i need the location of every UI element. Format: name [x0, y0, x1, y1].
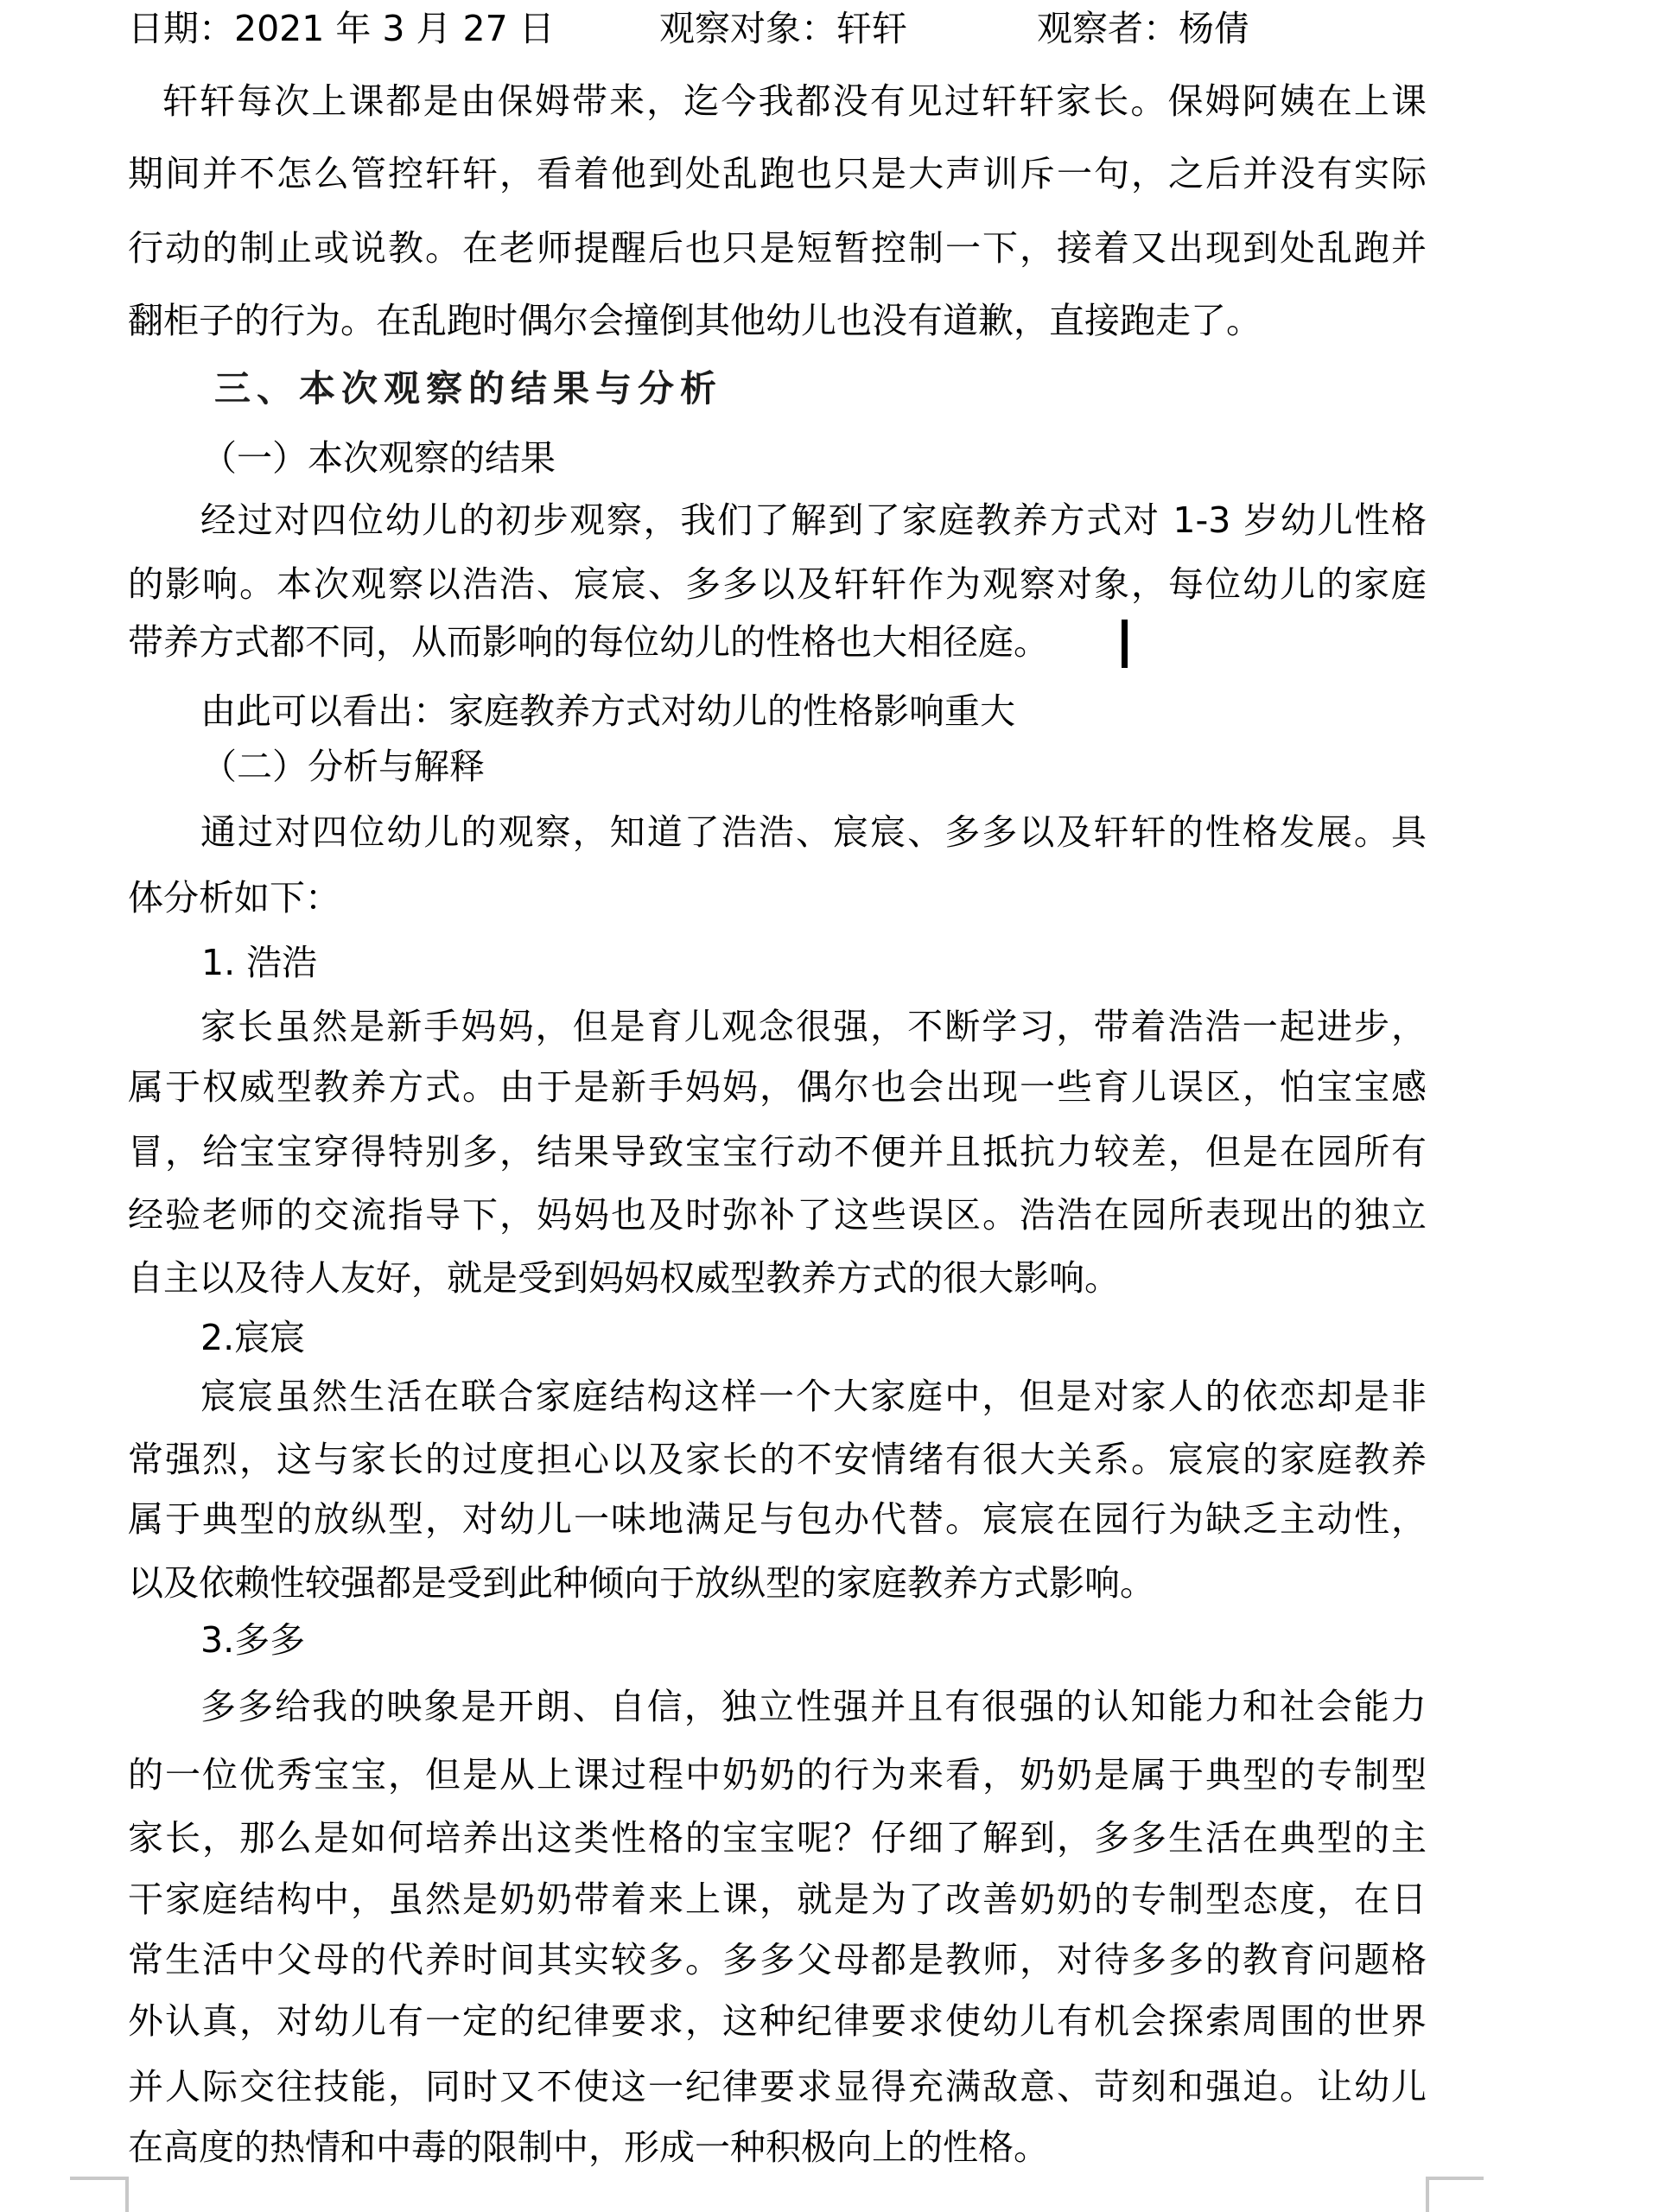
paragraph-line: 的影响。本次观察以浩浩、宸宸、多多以及轩轩作为观察对象，每位幼儿的家庭 — [128, 563, 1427, 605]
paragraph-line: 以及依赖性较强都是受到此种倾向于放纵型的家庭教养方式影响。 — [128, 1562, 1155, 1604]
document-page[interactable]: 日期：2021 年 3 月 27 日 观察对象：轩轩 观察者：杨倩 轩轩每次上课… — [0, 0, 1659, 2212]
paragraph-line: 家长虽然是新手妈妈，但是育儿观念很强，不断学习，带着浩浩一起进步， — [200, 1006, 1427, 1047]
paragraph-line: 期间并不怎么管控轩轩，看着他到处乱跑也只是大声训斥一句，之后并没有实际 — [128, 153, 1427, 194]
paragraph-line: 属于典型的放纵型，对幼儿一味地满足与包办代替。宸宸在园行为缺乏主动性， — [128, 1498, 1427, 1540]
subsection-title-analysis: （二）分析与解释 — [201, 746, 485, 787]
child-heading-haohao: 1. 浩浩 — [201, 942, 317, 983]
paragraph-line: 属于权威型教养方式。由于是新手妈妈，偶尔也会出现一些育儿误区，怕宝宝感 — [128, 1066, 1427, 1108]
paragraph-line: 体分析如下： — [128, 877, 340, 918]
paragraph-line: 冒，给宝宝穿得特别多，结果导致宝宝行动不便并且抵抗力较差，但是在园所有 — [128, 1131, 1427, 1173]
paragraph-line: 经验老师的交流指导下，妈妈也及时弥补了这些误区。浩浩在园所表现出的独立 — [128, 1194, 1427, 1236]
observation-date: 日期：2021 年 3 月 27 日 — [128, 8, 555, 49]
child-heading-chenchen: 2.宸宸 — [200, 1317, 305, 1358]
paragraph-line: 行动的制止或说教。在老师提醒后也只是短暂控制一下，接着又出现到处乱跑并 — [128, 227, 1427, 269]
paragraph-line: 翻柜子的行为。在乱跑时偶尔会撞倒其他幼儿也没有道歉，直接跑走了。 — [128, 300, 1262, 341]
paragraph-line: 常生活中父母的代养时间其实较多。多多父母都是教师，对待多多的教育问题格 — [128, 1939, 1427, 1980]
subsection-title-results: （一）本次观察的结果 — [201, 437, 556, 479]
paragraph-line: 外认真，对幼儿有一定的纪律要求，这种纪律要求使幼儿有机会探索周围的世界 — [128, 2000, 1427, 2042]
section-title: 三、本次观察的结果与分析 — [214, 368, 722, 410]
paragraph-line: 经过对四位幼儿的初步观察，我们了解到了家庭教养方式对 1-3 岁幼儿性格 — [200, 499, 1427, 541]
paragraph-line: 在高度的热情和中毒的限制中，形成一种积极向上的性格。 — [128, 2126, 1049, 2168]
paragraph-line: 自主以及待人友好，就是受到妈妈权威型教养方式的很大影响。 — [128, 1257, 1120, 1299]
paragraph-line: 通过对四位幼儿的观察，知道了浩浩、宸宸、多多以及轩轩的性格发展。具 — [200, 811, 1427, 853]
paragraph-line: 宸宸虽然生活在联合家庭结构这样一个大家庭中，但是对家人的依恋却是非 — [200, 1376, 1427, 1417]
paragraph-line: 家长，那么是如何培养出这类性格的宝宝呢？仔细了解到，多多生活在典型的主 — [128, 1817, 1427, 1859]
paragraph-line: 的一位优秀宝宝，但是从上课过程中奶奶的行为来看，奶奶是属于典型的专制型 — [128, 1754, 1427, 1796]
text-cursor — [1122, 620, 1128, 668]
results-conclusion: 由此可以看出：家庭教养方式对幼儿的性格影响重大 — [200, 690, 1015, 732]
paragraph-line: 并人际交往技能，同时又不使这一纪律要求显得充满敌意、苛刻和强迫。让幼儿 — [128, 2066, 1427, 2107]
observer-name: 观察者：杨倩 — [1037, 8, 1249, 49]
paragraph-line: 轩轩每次上课都是由保姆带来，迄今我都没有见过轩轩家长。保姆阿姨在上课 — [162, 80, 1427, 122]
paragraph-line: 带养方式都不同，从而影响的每位幼儿的性格也大相径庭。 — [128, 621, 1049, 663]
observation-subject: 观察对象：轩轩 — [659, 8, 907, 49]
paragraph-line: 多多给我的映象是开朗、自信，独立性强并且有很强的认知能力和社会能力 — [200, 1686, 1427, 1727]
paragraph-line: 干家庭结构中，虽然是奶奶带着来上课，就是为了改善奶奶的专制型态度，在日 — [128, 1878, 1427, 1920]
paragraph-line: 常强烈，这与家长的过度担心以及家长的不安情绪有很大关系。宸宸的家庭教养 — [128, 1439, 1427, 1480]
child-heading-duoduo: 3.多多 — [200, 1619, 305, 1661]
